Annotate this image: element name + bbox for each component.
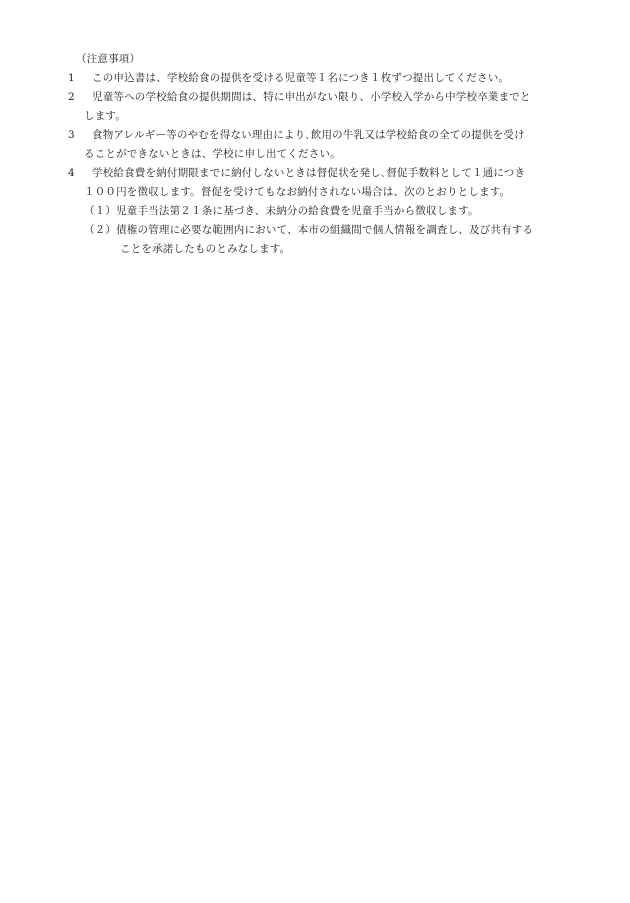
note-text: この申込書は、学校給食の提供を受ける児童等１名につき１枚ずつ提出してください。 [92,69,509,88]
notes-heading: （注意事項） [68,50,588,69]
note-subitem-2: （２）債権の管理に必要な範囲内において、本市の組織間で個人情報を調査し、及び共有… [68,221,588,240]
note-item-4: 4 学校給食費を納付期限までに納付しないときは督促状を発し､督促手数料として１通… [68,164,588,183]
subitem-text: 債権の管理に必要な範囲内において、本市の組織間で個人情報を調査し、及び共有する [116,224,533,236]
note-text-continuation: １００円を徴収します。督促を受けてもなお納付されない場合は、次のとおりとします。 [68,183,588,202]
note-text-continuation: します。 [68,107,588,126]
subitem-label: （１） [84,205,116,217]
note-number: 3 [68,126,92,145]
note-number: 1 [68,69,92,88]
subitem-text-continuation: ことを承諾したものとみなします。 [68,240,588,259]
document-page: （注意事項） 1 この申込書は、学校給食の提供を受ける児童等１名につき１枚ずつ提… [0,0,630,903]
note-number: 2 [68,88,92,107]
note-text: 児童等への学校給食の提供期間は、特に申出がない限り、小学校入学から中学校卒業まで… [92,88,531,107]
note-number: 4 [68,164,92,183]
note-item-3: 3 食物アレルギー等のやむを得ない理由により､飲用の牛乳又は学校給食の全ての提供… [68,126,588,145]
note-subitem-1: （１）児童手当法第２１条に基づき、未納分の給食費を児童手当から徴収します。 [68,202,588,221]
notes-section: （注意事項） 1 この申込書は、学校給食の提供を受ける児童等１名につき１枚ずつ提… [68,50,588,259]
subitem-text: 児童手当法第２１条に基づき、未納分の給食費を児童手当から徴収します。 [116,205,479,217]
note-text: 学校給食費を納付期限までに納付しないときは督促状を発し､督促手数料として１通につ… [92,164,525,183]
note-item-1: 1 この申込書は、学校給食の提供を受ける児童等１名につき１枚ずつ提出してください… [68,69,588,88]
subitem-label: （２） [84,224,116,236]
note-text: 食物アレルギー等のやむを得ない理由により､飲用の牛乳又は学校給食の全ての提供を受… [92,126,525,145]
note-item-2: 2 児童等への学校給食の提供期間は、特に申出がない限り、小学校入学から中学校卒業… [68,88,588,107]
note-text-continuation: ることができないときは、学校に申し出てください。 [68,145,588,164]
